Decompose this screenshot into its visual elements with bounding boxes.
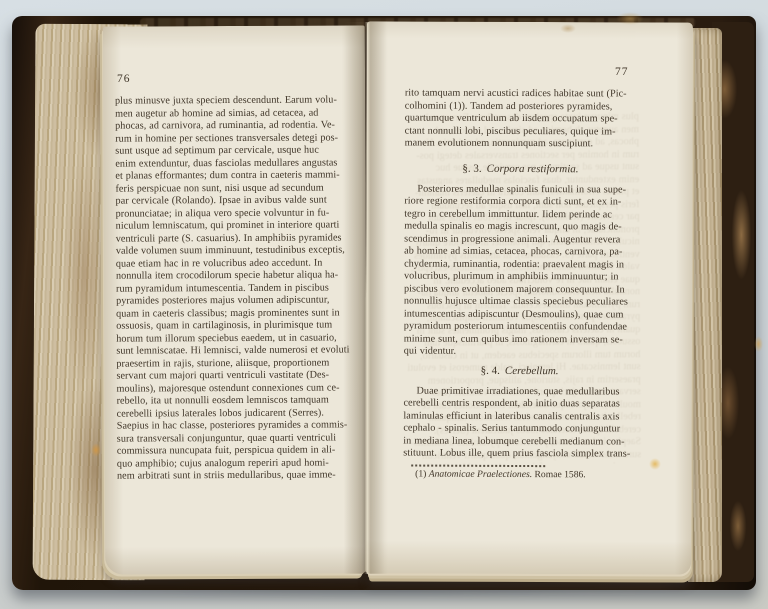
text-line: servant cum majori quarti ventriculi vas… [116, 369, 352, 383]
page-number-left: 76 [117, 73, 131, 85]
text-line: phocas, ad carnivora, ad ruminantia, ad … [115, 119, 351, 133]
text-line: ossuosis, quam in cartilaginosis, in plu… [116, 319, 352, 333]
text-line: manem evolutionem nonnunquam suscipiunt. [405, 137, 637, 151]
section-3-marker: §. 3. [462, 162, 481, 174]
text-line: qui videntur. [404, 345, 636, 359]
text-line: rebello, ita ut nonnulli eosdem lemnisco… [117, 394, 353, 408]
text-line: scendimus in progressione animali. Augen… [404, 233, 636, 247]
section-4-marker: §. 4. [481, 364, 500, 376]
text-line: men augetur ab homine ad simias, ad ceta… [115, 107, 351, 121]
text-line: Duae primitivae irradiationes, quae medu… [404, 385, 636, 399]
text-line: ab homine ad simias, cetacea, phocas, ca… [404, 245, 636, 259]
text-line: laminulas efficiunt in lateribus canalis… [403, 410, 635, 424]
text-line: ctant nonnulli lobi, piscibus peculiares… [405, 125, 637, 139]
text-line: valde volumen suum imminuunt, testudinib… [116, 244, 352, 258]
footnote: (1) Anatomicae Praelectiones. Romae 1586… [403, 468, 635, 482]
right-page-text: rito tamquam nervi acustici radices habi… [403, 87, 637, 481]
section-3-heading: §. 3.Corpora restiformia. [404, 162, 636, 176]
section-4-heading: §. 4.Cerebellum. [404, 364, 636, 378]
text-line: cephalo - spinalis. Serius tantummodo co… [403, 422, 635, 436]
text-line: tegro in cerebellum immittuntur. Iidem p… [404, 208, 636, 222]
footnote-marker: (1) [415, 468, 426, 479]
text-line: rum in homine per sectiones transversale… [115, 132, 351, 146]
page-number-right: 77 [615, 66, 629, 78]
left-page-text: plus minusve juxta speciem descendunt. E… [115, 94, 353, 483]
text-line: quae etiam hac in re volucribus adeo acc… [116, 257, 352, 271]
text-line: plus minusve juxta speciem descendunt. E… [115, 94, 351, 108]
text-line: cerebelli centris respondent, ab initio … [403, 397, 635, 411]
text-line: chydermia, ruminantia, rodentia: praeval… [404, 258, 636, 272]
book-photo: plus minusve juxta speciem descendunt. E… [0, 0, 768, 609]
text-line: in mediana linea, lobumque cerebelli med… [403, 435, 635, 449]
section-4-title: Cerebellum. [505, 364, 559, 376]
text-line: praesertim in rajis, sturione, aliisque,… [116, 357, 352, 371]
text-line: nonnulla item crocodilorum specie habetu… [116, 269, 352, 283]
text-line: rum pyramidum intumescentia. Tandem in p… [116, 282, 352, 296]
section-3-title: Corpora restiformia. [487, 162, 579, 174]
text-line: quam in caeteris classibus; magis promin… [116, 307, 352, 321]
text-line: sunt usque ad septimum par cervicale, us… [115, 144, 351, 158]
text-line: intumescentias adipiscuntur (Desmoulins)… [404, 308, 636, 322]
text-line: et planas efformantes; dum contra in cae… [115, 169, 351, 183]
text-line: enim extenduntur, duas fasciolas medulla… [115, 157, 351, 171]
text-line: pyramides posteriores majus volumen adip… [116, 294, 352, 308]
text-line: ventriculi parte (S. casuarius). In amph… [116, 232, 352, 246]
text-line: nonnullis hujusce ultimae classis specie… [404, 295, 636, 309]
paragraph-continuation: rito tamquam nervi acustici radices habi… [405, 87, 637, 151]
text-line: commissura nuncupata fuit, perspicua qui… [117, 444, 353, 458]
text-line: feris perspicuae non sunt, nisi usque ad… [115, 182, 351, 196]
text-line: riore regione restiformia corpora dicti … [404, 195, 636, 209]
text-line: stituunt. Lobus ille, quem prius fasciol… [403, 447, 635, 461]
text-line: sunt lemniscatae. Hi lemnisci, valde num… [116, 344, 352, 358]
text-line: minime sunt, cum quibus imo rationem inv… [404, 333, 636, 347]
paragraph-cerebellum: Duae primitivae irradiationes, quae medu… [403, 385, 635, 461]
text-line: volucribus, plurimum in amphibiis imminu… [404, 270, 636, 284]
text-line: pronunciatae; in aliqua vero specie volv… [116, 207, 352, 221]
text-line: niculum lemniscatum, qui prominet in int… [116, 219, 352, 233]
text-line: colhomini (1)). Tandem ad posteriores py… [405, 100, 637, 114]
text-line: medulla spinalis eo magis increscunt, qu… [404, 220, 636, 234]
text-line: piscibus vero evolutionem majorem conseq… [404, 283, 636, 297]
footnote-title: Anatomicae Praelectiones. [429, 468, 532, 479]
text-line: cerebelli ipsius laterales lobos judicar… [117, 407, 353, 421]
footnote-imprint: Romae 1586. [535, 469, 586, 480]
text-line: rito tamquam nervi acustici radices habi… [405, 87, 637, 101]
text-line: quartumque ventriculum ab iisdem occupat… [405, 112, 637, 126]
text-line: quo amphibio; cujus analogum reperiri ap… [117, 457, 353, 471]
text-line: horum tum illorum speciebus eaedem, ut i… [116, 332, 352, 346]
footnote-separator [411, 464, 545, 467]
text-line: Posteriores medullae spinalis funiculi i… [404, 183, 636, 197]
text-line: sura transversali conjunguntur, quae qua… [117, 432, 353, 446]
text-line: nem arbitrati sunt in striis medullaribu… [117, 469, 353, 483]
text-line: Saepius in hac classe, posteriores pyram… [117, 419, 353, 433]
text-line: moulins), majoresque ostendunt connexion… [116, 382, 352, 396]
right-fore-edge-pages [688, 28, 722, 582]
text-line: pyramidum posteriorum intumescentiis con… [404, 320, 636, 334]
paragraph-corpora-restiformia: Posteriores medullae spinalis funiculi i… [404, 183, 637, 359]
text-line: par cervicale (Rolando). Ipsae in avibus… [116, 194, 352, 208]
